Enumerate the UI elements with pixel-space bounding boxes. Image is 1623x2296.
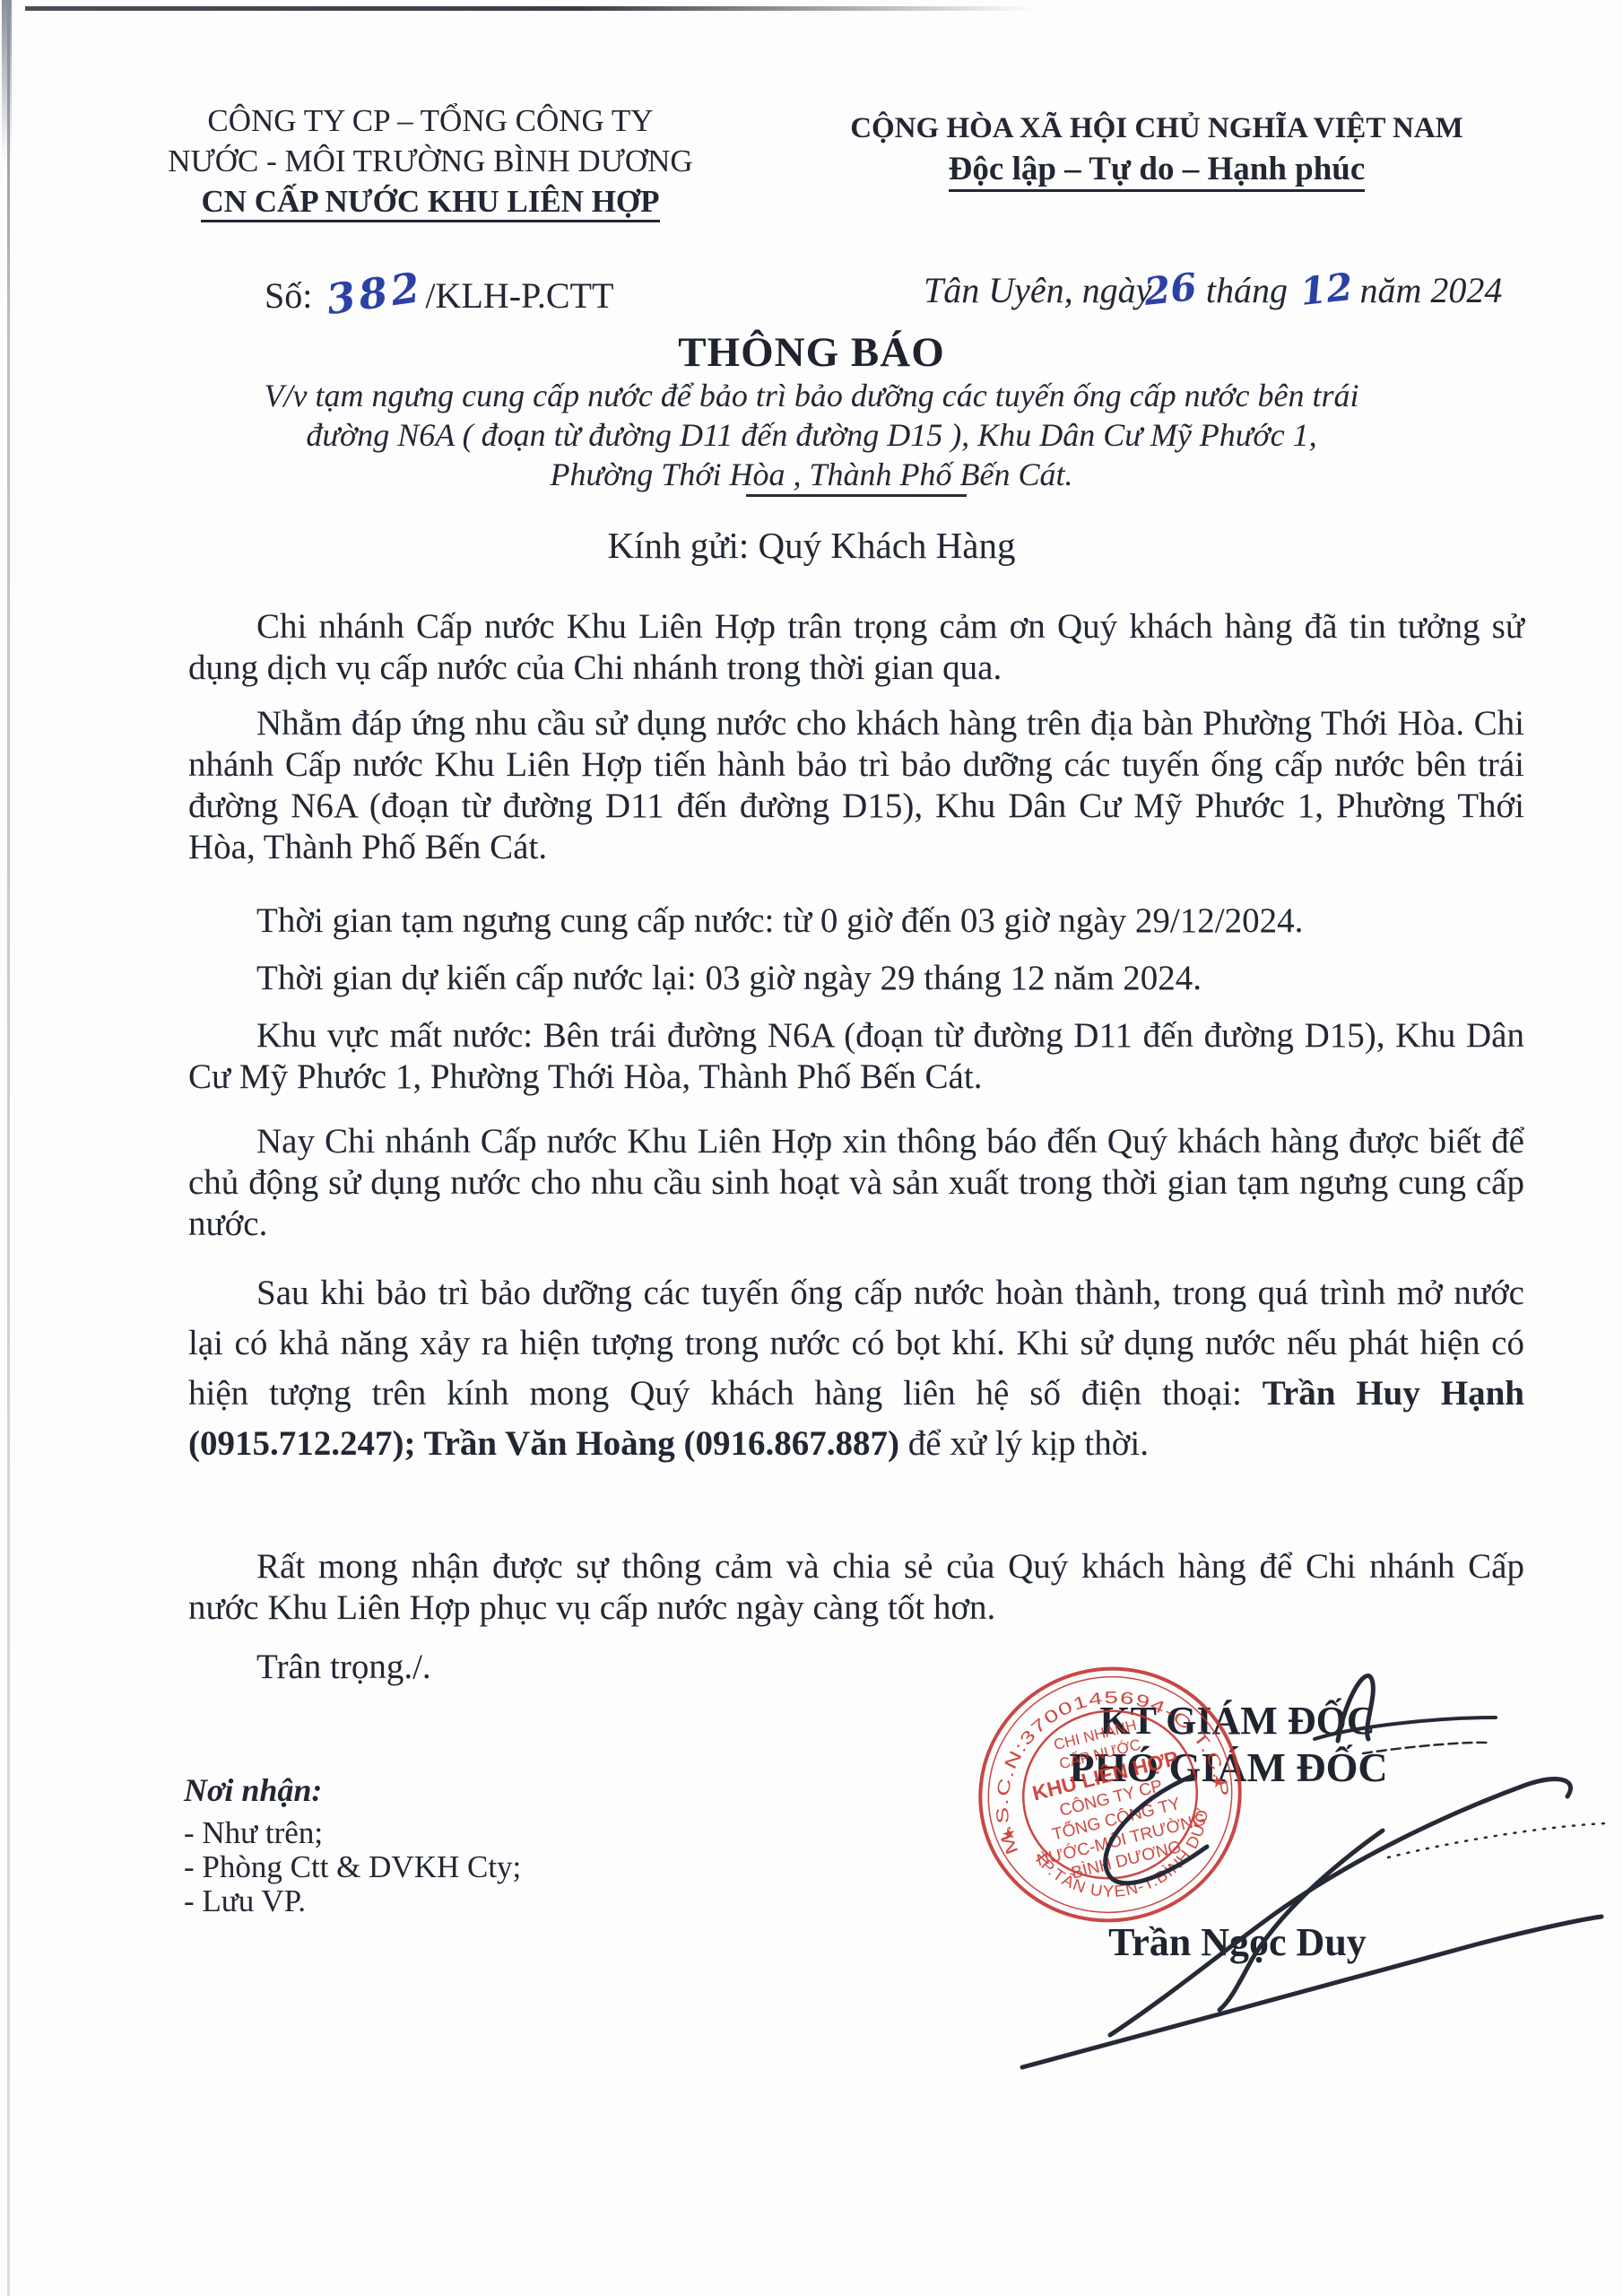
salutation: Kính gửi: Quý Khách Hàng — [0, 524, 1623, 567]
company-line-3: CN CẤP NƯỚC KHU LIÊN HỢP — [135, 181, 726, 222]
date-day-handwritten: 26 — [1142, 265, 1199, 314]
paragraph-outage-area: Khu vực mất nước: Bên trái đường N6A (đo… — [188, 1015, 1524, 1098]
date-month-label: tháng — [1197, 270, 1297, 310]
reference-number: Số: 382/KLH-P.CTT — [265, 269, 613, 317]
scan-edge-left-dark — [2, 0, 12, 161]
paragraph-advice: Nay Chi nhánh Cấp nước Khu Liên Hợp xin … — [188, 1121, 1524, 1245]
document-page: CÔNG TY CP – TỔNG CÔNG TY NƯỚC - MÔI TRƯ… — [0, 0, 1623, 2296]
paragraph-contact: Sau khi bảo trì bảo dưỡng các tuyến ống … — [188, 1268, 1524, 1469]
recipients-title: Nơi nhận: — [184, 1771, 322, 1809]
recipient-item: - Như trên; — [184, 1815, 323, 1851]
ref-label: Số: — [265, 275, 321, 316]
national-motto-line-2: Độc lập – Tự do – Hạnh phúc — [780, 147, 1533, 192]
scan-edge-top — [25, 6, 1034, 11]
signature-handwriting — [977, 1655, 1623, 2085]
date-year: năm 2024 — [1350, 270, 1502, 310]
contact-text-post: để xử lý kịp thời. — [899, 1424, 1149, 1463]
document-subject: V/v tạm ngưng cung cấp nước để bảo trì b… — [229, 376, 1394, 494]
paragraph-apology: Rất mong nhận được sự thông cảm và chia … — [188, 1546, 1524, 1629]
date-month-handwritten: 12 — [1298, 265, 1355, 314]
ref-number-handwritten: 382 — [324, 263, 426, 325]
company-line-2: NƯỚC - MÔI TRƯỜNG BÌNH DƯƠNG — [135, 141, 726, 181]
subject-line-1: V/v tạm ngưng cung cấp nước để bảo trì b… — [229, 376, 1394, 415]
header-company-block: CÔNG TY CP – TỔNG CÔNG TY NƯỚC - MÔI TRƯ… — [135, 100, 726, 222]
closing-phrase: Trân trọng./. — [256, 1647, 431, 1687]
subject-line-2: đường N6A ( đoạn từ đường D11 đến đường … — [229, 415, 1394, 455]
company-line-1: CÔNG TY CP – TỔNG CÔNG TY — [135, 100, 726, 141]
paragraph-outage-time: Thời gian tạm ngưng cung cấp nước: từ 0 … — [188, 900, 1524, 942]
paragraph-thanks: Chi nhánh Cấp nước Khu Liên Hợp trân trọ… — [188, 606, 1524, 689]
paragraph-restore-time: Thời gian dự kiến cấp nước lại: 03 giờ n… — [188, 958, 1524, 999]
date-place: Tân Uyên, ngày — [924, 270, 1151, 310]
national-motto-line-1: CỘNG HÒA XÃ HỘI CHỦ NGHĨA VIỆT NAM — [780, 109, 1533, 147]
paragraph-maintenance-notice: Nhằm đáp ứng nhu cầu sử dụng nước cho kh… — [188, 703, 1524, 868]
date-line: Tân Uyên, ngày26 tháng 12 năm 2024 — [924, 267, 1497, 311]
header-national-block: CỘNG HÒA XÃ HỘI CHỦ NGHĨA VIỆT NAM Độc l… — [780, 109, 1533, 192]
recipient-item: - Lưu VP. — [184, 1883, 306, 1919]
subject-line-3: Phường Thới Hòa , Thành Phố Bến Cát. — [229, 455, 1394, 494]
document-title: THÔNG BÁO — [0, 328, 1623, 377]
ref-suffix: /KLH-P.CTT — [425, 275, 613, 316]
recipient-item: - Phòng Ctt & DVKH Cty; — [184, 1849, 521, 1885]
subject-underline — [746, 494, 967, 497]
